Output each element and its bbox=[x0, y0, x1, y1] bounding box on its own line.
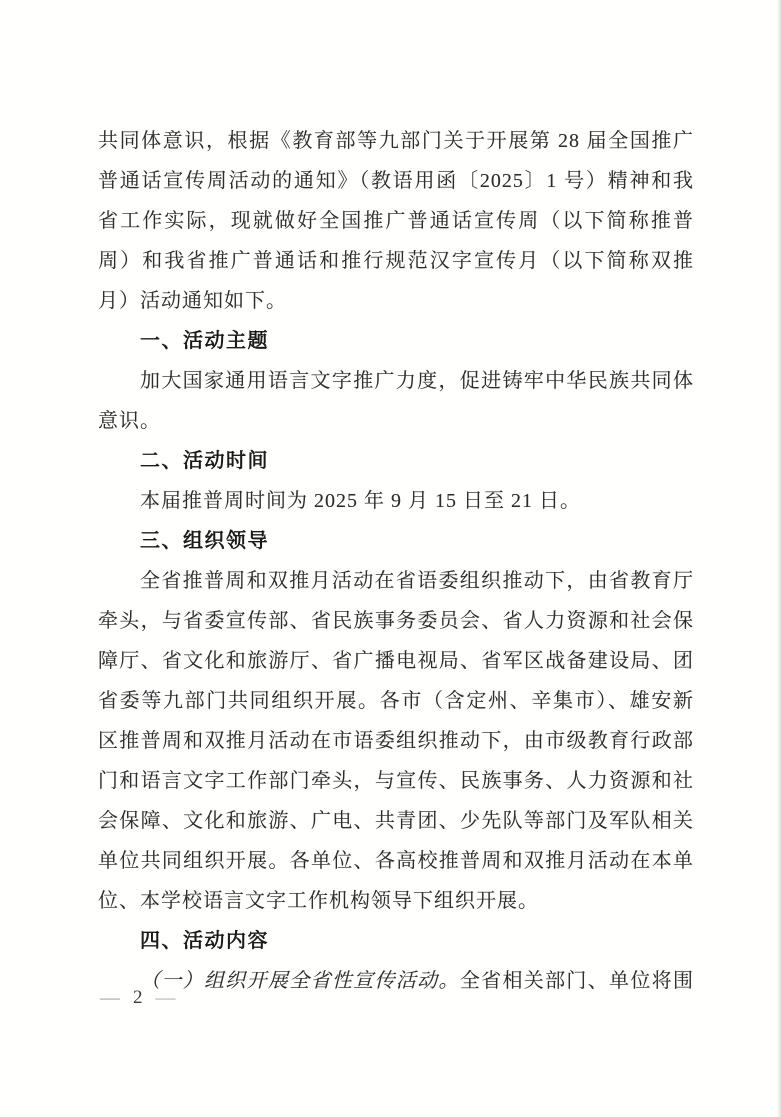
footer-dash-left: — bbox=[100, 985, 120, 1010]
body-line: 加大国家通用语言文字推广力度，促进铸牢中华民族共同体 bbox=[98, 361, 694, 401]
section-heading-2: 二、活动时间 bbox=[98, 441, 694, 481]
section-heading-3: 三、组织领导 bbox=[98, 521, 694, 561]
section-heading-1: 一、活动主题 bbox=[98, 321, 694, 361]
body-line: 意识。 bbox=[98, 401, 694, 441]
body-line: 全省推普周和双推月活动在省语委组织推动下，由省教育厅 bbox=[98, 561, 694, 601]
item-title: （一）组织开展全省性宣传活动。 bbox=[140, 970, 460, 992]
document-page: 共同体意识，根据《教育部等九部门关于开展第 28 届全国推广 普通话宣传周活动的… bbox=[0, 0, 781, 1117]
page-number: 2 bbox=[133, 984, 143, 1012]
footer-dash-right: — bbox=[156, 985, 176, 1010]
page-footer: — 2 — bbox=[100, 984, 176, 1012]
body-line: 会保障、文化和旅游、广电、共青团、少先队等部门及军队相关 bbox=[98, 801, 694, 841]
body-line: 共同体意识，根据《教育部等九部门关于开展第 28 届全国推广 bbox=[98, 121, 694, 161]
body-line: 普通话宣传周活动的通知》（教语用函〔2025〕1 号）精神和我 bbox=[98, 161, 694, 201]
body-line: 省委等九部门共同组织开展。各市（含定州、辛集市）、雄安新 bbox=[98, 681, 694, 721]
body-line: 位、本学校语言文字工作机构领导下组织开展。 bbox=[98, 881, 694, 921]
body-line: 月）活动通知如下。 bbox=[98, 281, 694, 321]
body-line: 周）和我省推广普通话和推行规范汉字宣传月（以下简称双推 bbox=[98, 241, 694, 281]
body-line: 门和语言文字工作部门牵头，与宣传、民族事务、人力资源和社 bbox=[98, 761, 694, 801]
document-body: 共同体意识，根据《教育部等九部门关于开展第 28 届全国推广 普通话宣传周活动的… bbox=[98, 121, 694, 1001]
body-line: 省工作实际，现就做好全国推广普通话宣传周（以下简称推普 bbox=[98, 201, 694, 241]
item-text: 全省相关部门、单位将围 bbox=[460, 970, 694, 992]
body-line: 区推普周和双推月活动在市语委组织推动下，由市级教育行政部 bbox=[98, 721, 694, 761]
body-line: 单位共同组织开展。各单位、各高校推普周和双推月活动在本单 bbox=[98, 841, 694, 881]
body-line: 牵头，与省委宣传部、省民族事务委员会、省人力资源和社会保 bbox=[98, 601, 694, 641]
section-heading-4: 四、活动内容 bbox=[98, 921, 694, 961]
body-line: 障厅、省文化和旅游厅、省广播电视局、省军区战备建设局、团 bbox=[98, 641, 694, 681]
body-line: （一）组织开展全省性宣传活动。全省相关部门、单位将围 bbox=[98, 961, 694, 1001]
body-line: 本届推普周时间为 2025 年 9 月 15 日至 21 日。 bbox=[98, 481, 694, 521]
